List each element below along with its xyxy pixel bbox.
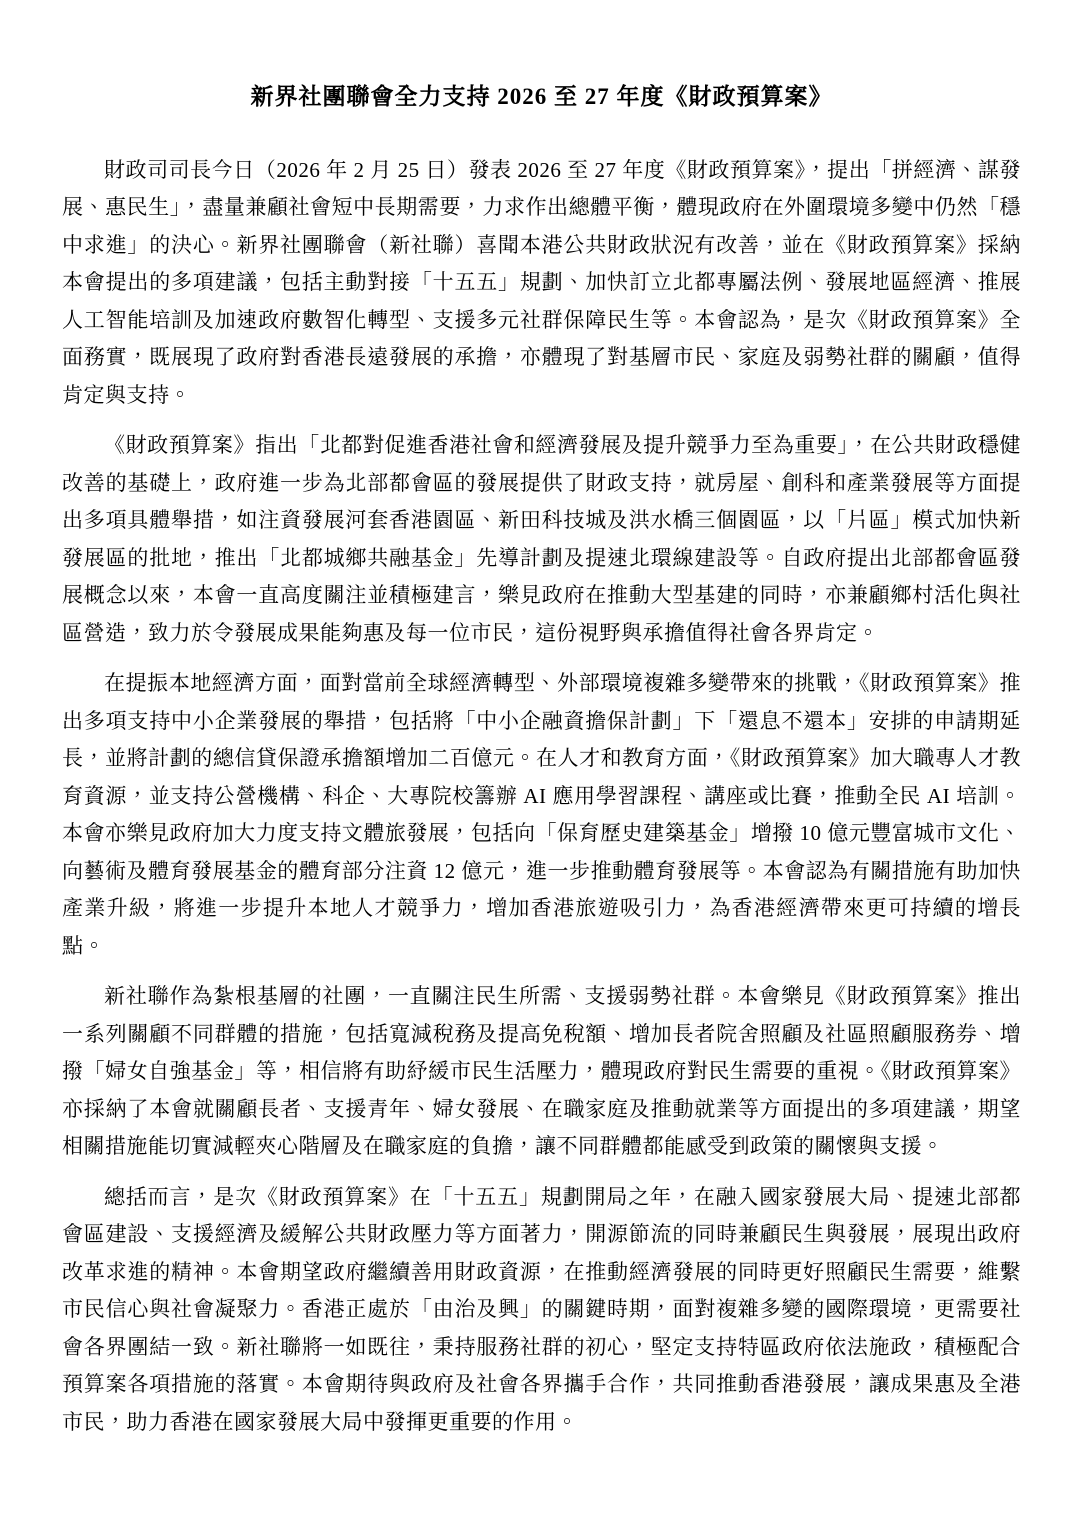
- paragraph-livelihood: 新社聯作為紮根基層的社團，一直關注民生所需、支援弱勢社群。本會樂見《財政預算案》…: [62, 978, 1021, 1166]
- document-page: 新界社團聯會全力支持 2026 至 27 年度《財政預算案》 財政司司長今日（2…: [0, 0, 1080, 1527]
- paragraph-intro: 財政司司長今日（2026 年 2 月 25 日）發表 2026 至 27 年度《…: [62, 152, 1021, 415]
- document-title: 新界社團聯會全力支持 2026 至 27 年度《財政預算案》: [62, 82, 1021, 112]
- paragraph-conclusion: 總括而言，是次《財政預算案》在「十五五」規劃開局之年，在融入國家發展大局、提速北…: [62, 1179, 1021, 1442]
- paragraph-economy-talent: 在提振本地經濟方面，面對當前全球經濟轉型、外部環境複雜多變帶來的挑戰，《財政預算…: [62, 665, 1021, 965]
- paragraph-northern-metropolis: 《財政預算案》指出「北都對促進香港社會和經濟發展及提升競爭力至為重要」，在公共財…: [62, 427, 1021, 652]
- document-body: 財政司司長今日（2026 年 2 月 25 日）發表 2026 至 27 年度《…: [62, 152, 1021, 1442]
